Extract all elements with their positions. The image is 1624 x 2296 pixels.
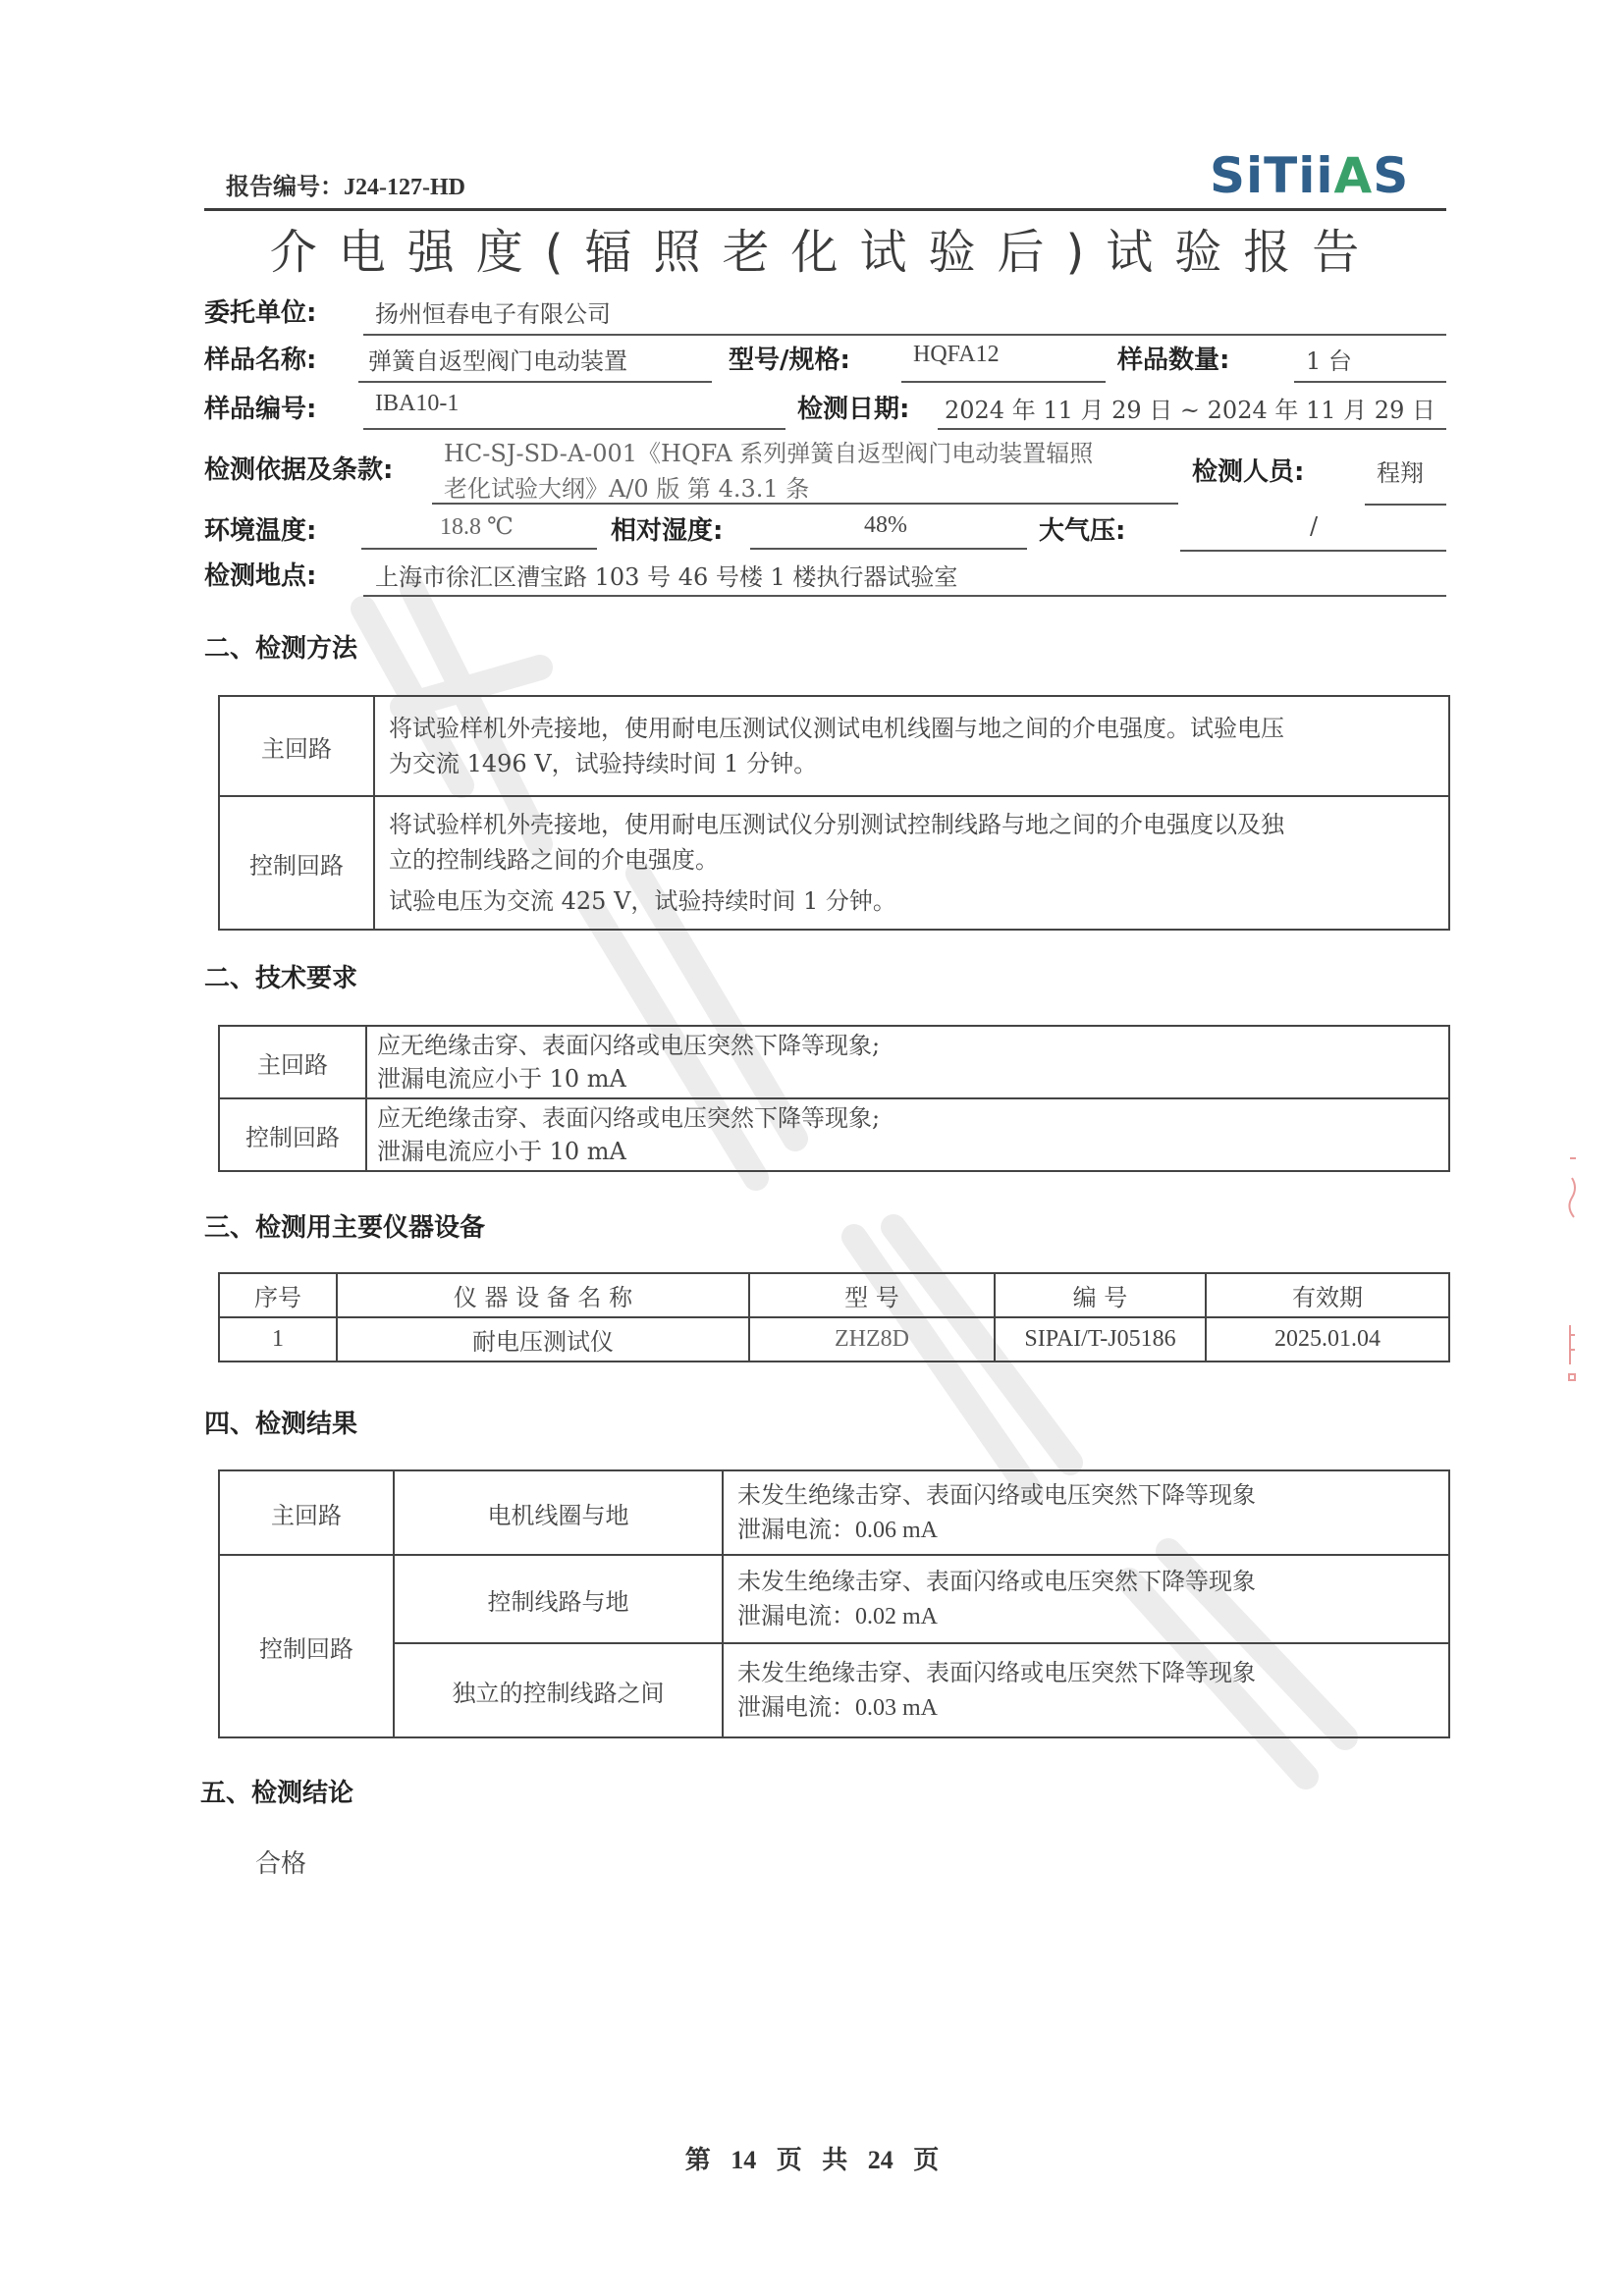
sample-no-label: 样品编号: bbox=[204, 389, 316, 425]
results-leakage: 泄漏电流：0.03 mA bbox=[737, 1690, 1435, 1726]
method-table: 主回路 将试验样机外壳接地，使用耐电压测试仪测试电机线圈与地之间的介电强度。试验… bbox=[218, 695, 1450, 931]
equipment-cell-index: 1 bbox=[219, 1317, 337, 1362]
requirements-table: 主回路 应无绝缘击穿、表面闪络或电压突然下降等现象; 泄漏电流应小于 10 mA… bbox=[218, 1025, 1450, 1172]
equipment-cell-number: SIPAI/T-J05186 bbox=[995, 1317, 1206, 1362]
basis-underline bbox=[432, 503, 1178, 505]
method-row-control: 控制回路 将试验样机外壳接地，使用耐电压测试仪分别测试控制线路与地之间的介电强度… bbox=[219, 796, 1449, 930]
requirements-row-label: 控制回路 bbox=[219, 1098, 366, 1171]
test-date-value: 2024 年 11 月 29 日 ~ 2024 年 11 月 29 日 bbox=[945, 391, 1435, 425]
results-item: 控制线路与地 bbox=[394, 1555, 723, 1643]
model-label: 型号/规格: bbox=[729, 340, 850, 376]
method-row-main: 主回路 将试验样机外壳接地，使用耐电压测试仪测试电机线圈与地之间的介电强度。试验… bbox=[219, 696, 1449, 796]
client-value: 扬州恒春电子有限公司 bbox=[375, 294, 611, 329]
results-leakage: 泄漏电流：0.06 mA bbox=[737, 1513, 1435, 1548]
report-number: 报告编号：J24-127-HD bbox=[226, 167, 465, 201]
method-text-line: 试验电压为交流 425 V，试验持续时间 1 分钟。 bbox=[389, 883, 1435, 919]
equipment-header-validity: 有效期 bbox=[1206, 1273, 1449, 1317]
equipment-table: 序号 仪 器 设 备 名 称 型 号 编 号 有效期 1 耐电压测试仪 ZHZ8… bbox=[218, 1272, 1450, 1362]
sample-name-label: 样品名称: bbox=[204, 340, 316, 376]
section-equipment-title: 三、检测用主要仪器设备 bbox=[204, 1207, 485, 1244]
logo-tail: S bbox=[1373, 147, 1409, 204]
results-leakage: 泄漏电流：0.02 mA bbox=[737, 1599, 1435, 1634]
quantity-underline bbox=[1294, 381, 1446, 383]
requirement-line: 应无绝缘击穿、表面闪络或电压突然下降等现象; bbox=[377, 1101, 1438, 1135]
page-number: 第 14 页 共 24 页 bbox=[0, 2140, 1624, 2176]
basis-line-2: 老化试验大纲》A/0 版 第 4.3.1 条 bbox=[444, 469, 809, 504]
results-control-circuit: 控制回路 bbox=[219, 1555, 394, 1737]
results-observation: 未发生绝缘击穿、表面闪络或电压突然下降等现象 bbox=[737, 1655, 1435, 1690]
humidity-label: 相对湿度: bbox=[611, 510, 723, 547]
results-item: 独立的控制线路之间 bbox=[394, 1643, 723, 1737]
results-row: 独立的控制线路之间 未发生绝缘击穿、表面闪络或电压突然下降等现象 泄漏电流：0.… bbox=[219, 1643, 1449, 1737]
report-number-value: J24-127-HD bbox=[344, 175, 465, 200]
results-row: 主回路 电机线圈与地 未发生绝缘击穿、表面闪络或电压突然下降等现象 泄漏电流：0… bbox=[219, 1470, 1449, 1555]
requirement-line: 泄漏电流应小于 10 mA bbox=[377, 1135, 1438, 1168]
method-row-label: 主回路 bbox=[219, 696, 374, 796]
humidity-value: 48% bbox=[864, 512, 907, 539]
pressure-label: 大气压: bbox=[1039, 510, 1125, 547]
section-method-title: 二、检测方法 bbox=[204, 628, 357, 665]
logo-accent: A bbox=[1334, 147, 1374, 204]
requirement-line: 应无绝缘击穿、表面闪络或电压突然下降等现象; bbox=[377, 1029, 1438, 1062]
requirements-row-label: 主回路 bbox=[219, 1026, 366, 1098]
location-label: 检测地点: bbox=[204, 556, 316, 592]
model-value: HQFA12 bbox=[913, 342, 1000, 368]
equipment-row: 1 耐电压测试仪 ZHZ8D SIPAI/T-J05186 2025.01.04 bbox=[219, 1317, 1449, 1362]
equipment-cell-name: 耐电压测试仪 bbox=[337, 1317, 749, 1362]
conclusion-value: 合格 bbox=[255, 1843, 306, 1880]
sample-name-value: 弹簧自返型阀门电动装置 bbox=[368, 342, 627, 376]
humidity-underline bbox=[750, 548, 1027, 550]
requirements-row-control: 控制回路 应无绝缘击穿、表面闪络或电压突然下降等现象; 泄漏电流应小于 10 m… bbox=[219, 1098, 1449, 1171]
quantity-label: 样品数量: bbox=[1117, 340, 1229, 376]
basis-label: 检测依据及条款: bbox=[204, 450, 393, 486]
section-requirements-title: 二、技术要求 bbox=[204, 958, 357, 994]
temperature-value: 18.8 ℃ bbox=[440, 512, 514, 541]
tester-underline bbox=[1365, 504, 1446, 506]
temperature-underline bbox=[361, 548, 597, 550]
equipment-header-name: 仪 器 设 备 名 称 bbox=[337, 1273, 749, 1317]
results-row: 控制回路 控制线路与地 未发生绝缘击穿、表面闪络或电压突然下降等现象 泄漏电流：… bbox=[219, 1555, 1449, 1643]
method-text-line: 立的控制线路之间的介电强度。 bbox=[389, 842, 1435, 878]
equipment-header-model: 型 号 bbox=[749, 1273, 995, 1317]
equipment-header-number: 编 号 bbox=[995, 1273, 1206, 1317]
test-date-label: 检测日期: bbox=[797, 389, 909, 425]
sitiias-logo: SiTiiAS bbox=[1210, 147, 1409, 204]
method-text-line: 为交流 1496 V，试验持续时间 1 分钟。 bbox=[389, 746, 1435, 781]
tester-label: 检测人员: bbox=[1192, 452, 1304, 488]
method-row-label: 控制回路 bbox=[219, 796, 374, 930]
equipment-header-index: 序号 bbox=[219, 1273, 337, 1317]
results-observation: 未发生绝缘击穿、表面闪络或电压突然下降等现象 bbox=[737, 1564, 1435, 1599]
pressure-value: / bbox=[1310, 512, 1318, 540]
report-number-label: 报告编号： bbox=[226, 172, 344, 200]
results-item: 电机线圈与地 bbox=[394, 1470, 723, 1555]
seal-edge-marks bbox=[1566, 1129, 1586, 1384]
results-table: 主回路 电机线圈与地 未发生绝缘击穿、表面闪络或电压突然下降等现象 泄漏电流：0… bbox=[218, 1469, 1450, 1738]
method-text-line: 将试验样机外壳接地，使用耐电压测试仪测试电机线圈与地之间的介电强度。试验电压 bbox=[389, 711, 1435, 746]
equipment-cell-validity: 2025.01.04 bbox=[1206, 1317, 1449, 1362]
client-label: 委托单位: bbox=[204, 293, 316, 329]
section-results-title: 四、检测结果 bbox=[204, 1404, 357, 1440]
client-underline bbox=[363, 334, 1446, 336]
model-underline bbox=[901, 381, 1106, 383]
requirement-line: 泄漏电流应小于 10 mA bbox=[377, 1062, 1438, 1095]
temperature-label: 环境温度: bbox=[204, 510, 316, 547]
document-title: 介电强度(辐照老化试验后)试验报告 bbox=[204, 214, 1446, 282]
section-conclusion-title: 五、检测结论 bbox=[200, 1773, 353, 1809]
tester-value: 程翔 bbox=[1377, 454, 1424, 488]
requirements-row-main: 主回路 应无绝缘击穿、表面闪络或电压突然下降等现象; 泄漏电流应小于 10 mA bbox=[219, 1026, 1449, 1098]
header-divider bbox=[204, 208, 1446, 211]
results-main-circuit: 主回路 bbox=[219, 1470, 394, 1555]
pressure-underline bbox=[1180, 550, 1446, 552]
quantity-value: 1 台 bbox=[1306, 342, 1352, 376]
sample-no-underline bbox=[363, 428, 785, 430]
location-value: 上海市徐汇区漕宝路 103 号 46 号楼 1 楼执行器试验室 bbox=[375, 558, 957, 592]
logo-text: SiTii bbox=[1210, 147, 1334, 204]
location-underline bbox=[363, 595, 1446, 597]
sample-name-underline bbox=[358, 381, 712, 383]
test-date-underline bbox=[938, 428, 1446, 430]
results-observation: 未发生绝缘击穿、表面闪络或电压突然下降等现象 bbox=[737, 1477, 1435, 1513]
equipment-cell-model: ZHZ8D bbox=[749, 1317, 995, 1362]
sample-no-value: IBA10-1 bbox=[375, 391, 459, 417]
basis-line-1: HC-SJ-SD-A-001《HQFA 系列弹簧自返型阀门电动装置辐照 bbox=[444, 434, 1093, 468]
method-text-line: 将试验样机外壳接地，使用耐电压测试仪分别测试控制线路与地之间的介电强度以及独 bbox=[389, 807, 1435, 842]
equipment-header-row: 序号 仪 器 设 备 名 称 型 号 编 号 有效期 bbox=[219, 1273, 1449, 1317]
